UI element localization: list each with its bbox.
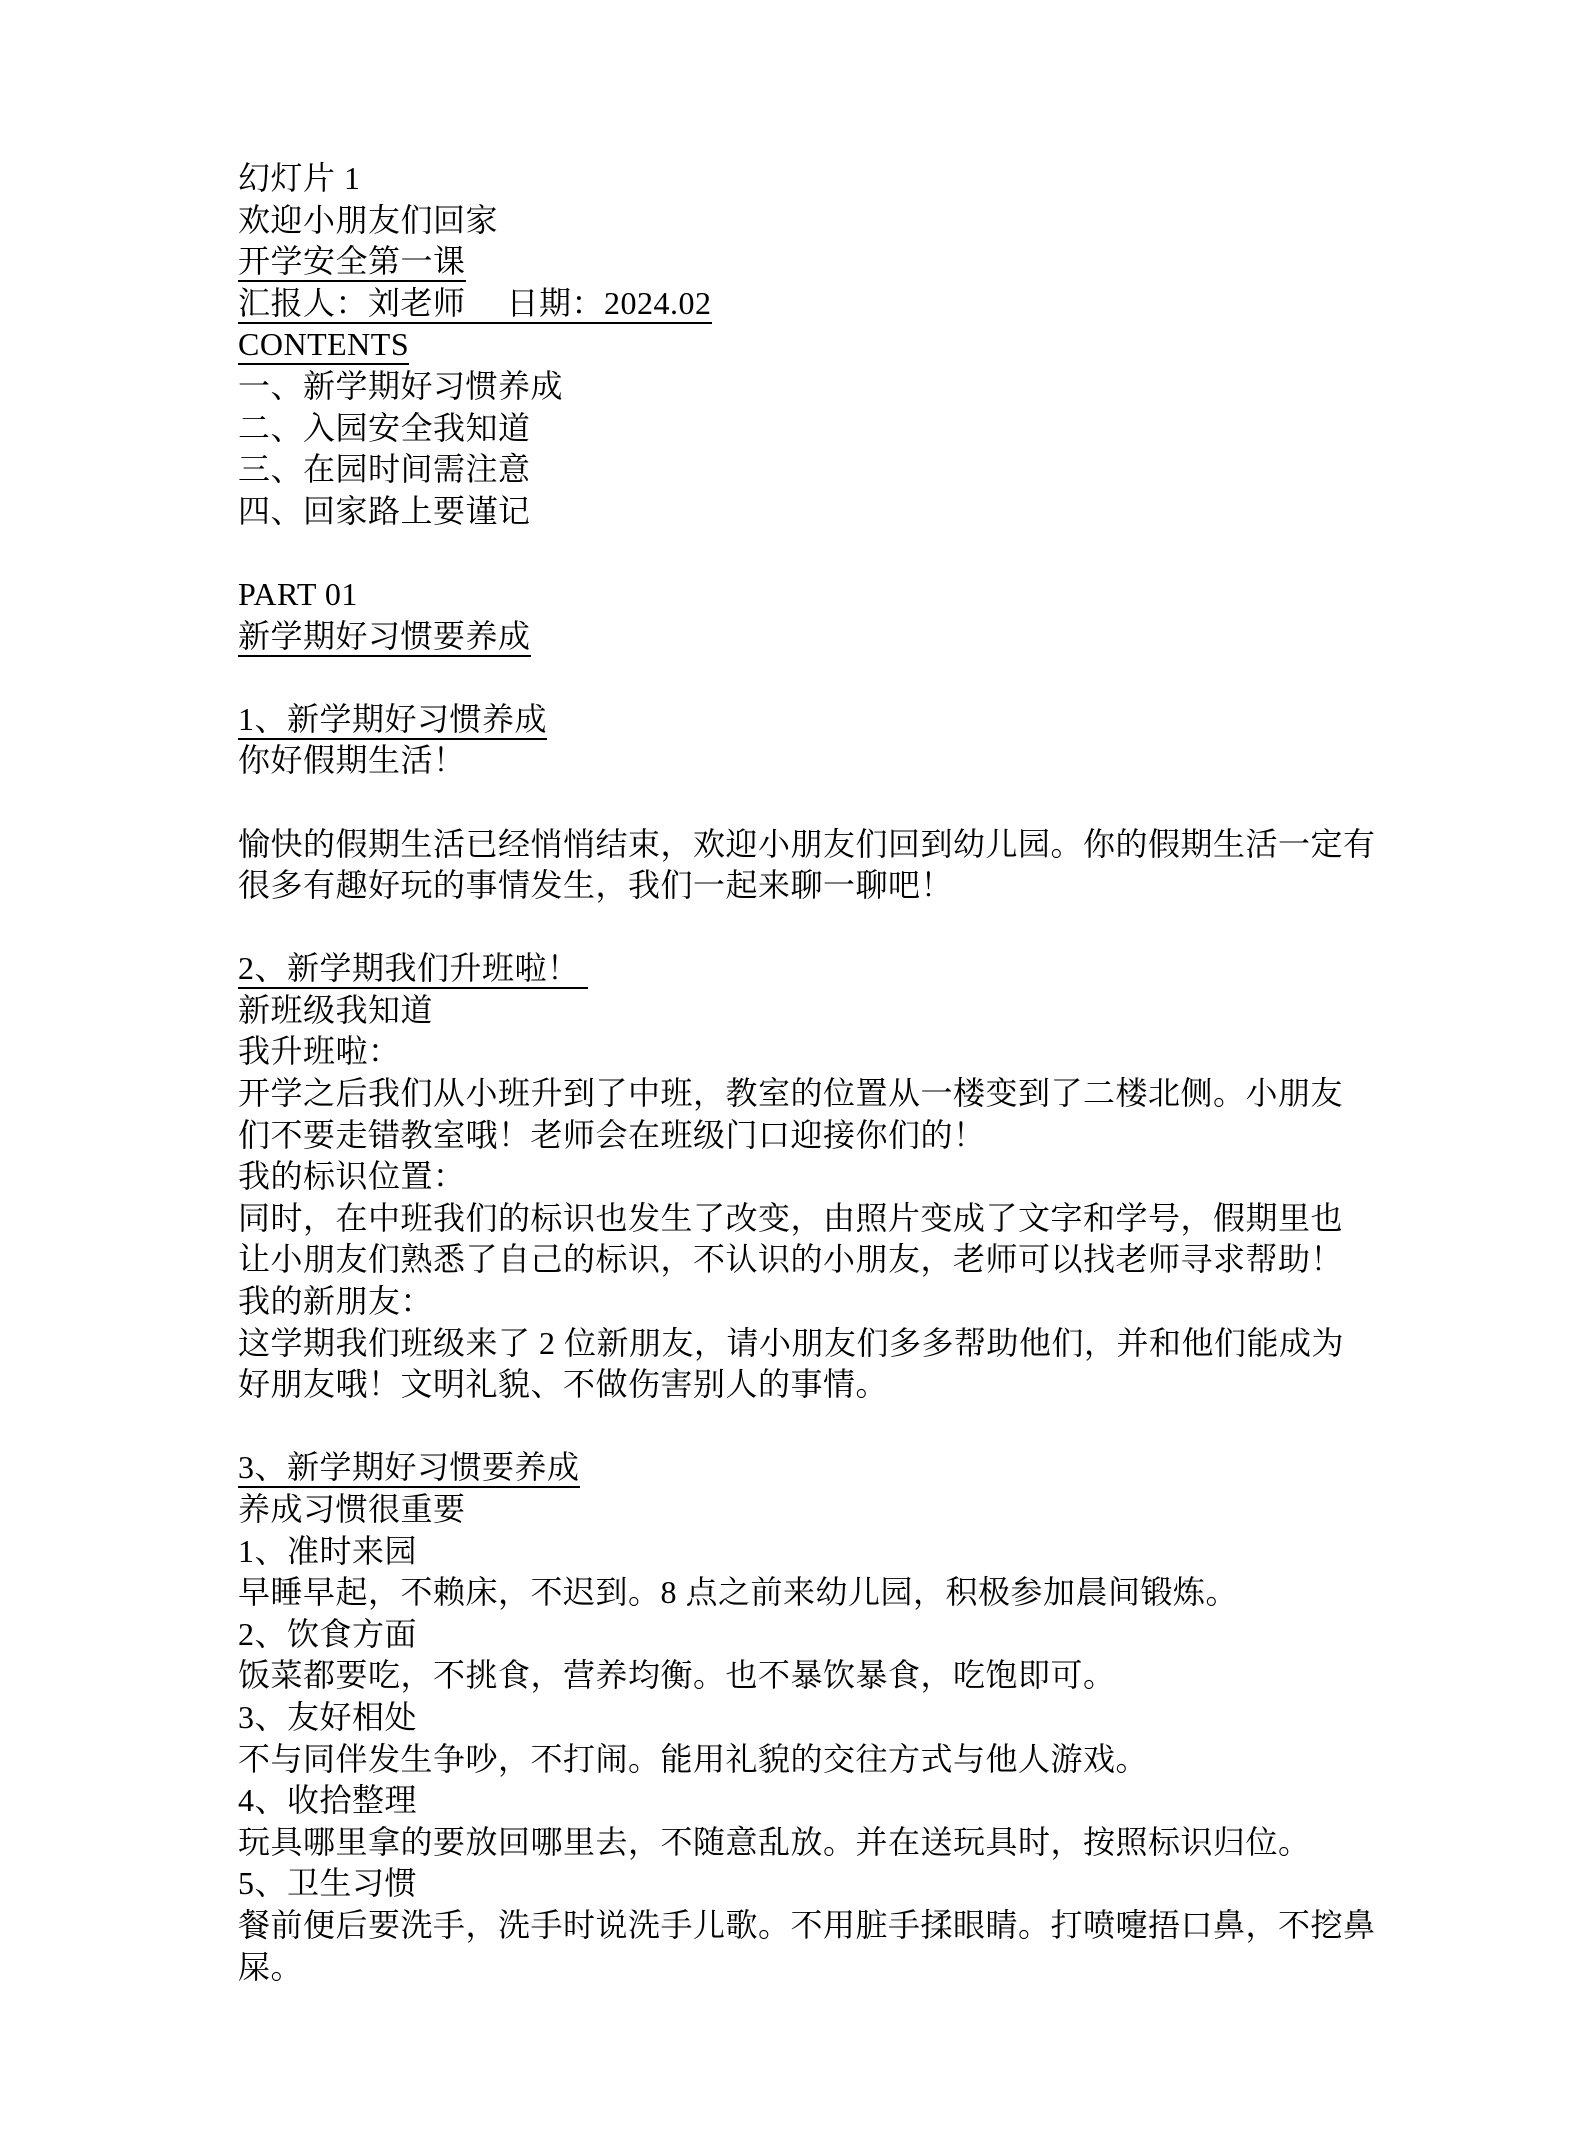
line-text: 幻灯片 1	[238, 160, 361, 196]
text-line: PART 01	[238, 574, 1438, 616]
line-text: 欢迎小朋友们回家	[238, 202, 498, 238]
line-text: 我升班啦：	[238, 1033, 401, 1069]
line-text: 5、卫生习惯	[238, 1865, 417, 1901]
line-text: 餐前便后要洗手，洗手时说洗手儿歌。不用脏手揉眼睛。打喷嚏捂口鼻，不挖鼻	[238, 1907, 1376, 1943]
text-line: 很多有趣好玩的事情发生，我们一起来聊一聊吧！	[238, 865, 1438, 907]
text-line: 同时，在中班我们的标识也发生了改变，由照片变成了文字和学号，假期里也	[238, 1198, 1438, 1240]
underlined-text: 1、新学期好习惯养成	[238, 701, 547, 740]
line-text: 这学期我们班级来了 2 位新朋友，请小朋友们多多帮助他们，并和他们能成为	[238, 1325, 1344, 1361]
blank-line	[238, 657, 1438, 699]
line-text: 3、友好相处	[238, 1699, 417, 1735]
text-line: 玩具哪里拿的要放回哪里去，不随意乱放。并在送玩具时，按照标识归位。	[238, 1822, 1438, 1864]
text-line: 早睡早起，不赖床，不迟到。8 点之前来幼儿园，积极参加晨间锻炼。	[238, 1572, 1438, 1614]
line-text: 你好假期生活！	[238, 742, 466, 778]
text-line: 3、友好相处	[238, 1697, 1438, 1739]
text-line: 新班级我知道	[238, 990, 1438, 1032]
text-line: 餐前便后要洗手，洗手时说洗手儿歌。不用脏手揉眼睛。打喷嚏捂口鼻，不挖鼻	[238, 1905, 1438, 1947]
blank-line	[238, 532, 1438, 574]
line-text: 们不要走错教室哦！老师会在班级门口迎接你们的！	[238, 1117, 986, 1153]
line-text: 愉快的假期生活已经悄悄结束，欢迎小朋友们回到幼儿园。你的假期生活一定有	[238, 826, 1376, 862]
text-line: CONTENTS	[238, 324, 1438, 366]
line-text: 同时，在中班我们的标识也发生了改变，由照片变成了文字和学号，假期里也	[238, 1200, 1343, 1236]
line-text: 养成习惯很重要	[238, 1491, 466, 1527]
text-line: 开学安全第一课	[238, 241, 1438, 283]
blank-line	[238, 782, 1438, 824]
text-line: 新学期好习惯要养成	[238, 616, 1438, 658]
underlined-text: 开学安全第一课	[238, 243, 466, 282]
underlined-text: CONTENTS	[238, 326, 409, 365]
text-line: 愉快的假期生活已经悄悄结束，欢迎小朋友们回到幼儿园。你的假期生活一定有	[238, 824, 1438, 866]
line-text: 4、收拾整理	[238, 1782, 417, 1818]
document-text-block: 幻灯片 1欢迎小朋友们回家开学安全第一课汇报人：刘老师 日期：2024.02CO…	[238, 158, 1438, 1988]
text-line: 们不要走错教室哦！老师会在班级门口迎接你们的！	[238, 1115, 1438, 1157]
line-text: 玩具哪里拿的要放回哪里去，不随意乱放。并在送玩具时，按照标识归位。	[238, 1824, 1311, 1860]
text-line: 三、在园时间需注意	[238, 449, 1438, 491]
text-line: 好朋友哦！文明礼貌、不做伤害别人的事情。	[238, 1364, 1438, 1406]
blank-line	[238, 907, 1438, 949]
text-line: 2、饮食方面	[238, 1614, 1438, 1656]
text-line: 2、新学期我们升班啦！	[238, 948, 1438, 990]
line-text: PART 01	[238, 576, 358, 612]
text-line: 我的新朋友：	[238, 1281, 1438, 1323]
text-line: 你好假期生活！	[238, 740, 1438, 782]
underlined-text: 2、新学期我们升班啦！	[238, 950, 588, 989]
text-line: 1、准时来园	[238, 1531, 1438, 1573]
text-line: 养成习惯很重要	[238, 1489, 1438, 1531]
underlined-text: 3、新学期好习惯要养成	[238, 1449, 580, 1488]
line-text: 屎。	[238, 1949, 303, 1985]
text-line: 我升班啦：	[238, 1031, 1438, 1073]
text-line: 开学之后我们从小班升到了中班，教室的位置从一楼变到了二楼北侧。小朋友	[238, 1073, 1438, 1115]
text-line: 4、收拾整理	[238, 1780, 1438, 1822]
line-text: 四、回家路上要谨记	[238, 493, 531, 529]
text-line: 1、新学期好习惯养成	[238, 699, 1438, 741]
text-line: 幻灯片 1	[238, 158, 1438, 200]
line-text: 不与同伴发生争吵，不打闹。能用礼貌的交往方式与他人游戏。	[238, 1741, 1148, 1777]
line-text: 早睡早起，不赖床，不迟到。8 点之前来幼儿园，积极参加晨间锻炼。	[238, 1574, 1238, 1610]
text-line: 5、卫生习惯	[238, 1863, 1438, 1905]
text-line: 这学期我们班级来了 2 位新朋友，请小朋友们多多帮助他们，并和他们能成为	[238, 1323, 1438, 1365]
line-text: 新班级我知道	[238, 992, 433, 1028]
text-line: 一、新学期好习惯养成	[238, 366, 1438, 408]
text-line: 欢迎小朋友们回家	[238, 200, 1438, 242]
text-line: 我的标识位置：	[238, 1156, 1438, 1198]
line-text: 很多有趣好玩的事情发生，我们一起来聊一聊吧！	[238, 867, 953, 903]
text-line: 屎。	[238, 1947, 1438, 1989]
line-text: 让小朋友们熟悉了自己的标识，不认识的小朋友，老师可以找老师寻求帮助！	[238, 1241, 1343, 1277]
line-text: 2、饮食方面	[238, 1616, 417, 1652]
text-line: 二、入园安全我知道	[238, 408, 1438, 450]
text-line: 四、回家路上要谨记	[238, 491, 1438, 533]
line-text: 饭菜都要吃，不挑食，营养均衡。也不暴饮暴食，吃饱即可。	[238, 1657, 1116, 1693]
line-text: 二、入园安全我知道	[238, 410, 531, 446]
line-text: 好朋友哦！文明礼貌、不做伤害别人的事情。	[238, 1366, 888, 1402]
text-line: 不与同伴发生争吵，不打闹。能用礼貌的交往方式与他人游戏。	[238, 1739, 1438, 1781]
text-line: 让小朋友们熟悉了自己的标识，不认识的小朋友，老师可以找老师寻求帮助！	[238, 1239, 1438, 1281]
line-text: 三、在园时间需注意	[238, 451, 531, 487]
line-text: 我的新朋友：	[238, 1283, 433, 1319]
underlined-text: 新学期好习惯要养成	[238, 618, 531, 657]
line-text: 开学之后我们从小班升到了中班，教室的位置从一楼变到了二楼北侧。小朋友	[238, 1075, 1343, 1111]
document-page: 幻灯片 1欢迎小朋友们回家开学安全第一课汇报人：刘老师 日期：2024.02CO…	[0, 0, 1587, 2138]
text-line: 汇报人：刘老师 日期：2024.02	[238, 283, 1438, 325]
line-text: 一、新学期好习惯养成	[238, 368, 563, 404]
line-text: 我的标识位置：	[238, 1158, 466, 1194]
text-line: 3、新学期好习惯要养成	[238, 1447, 1438, 1489]
underlined-text: 汇报人：刘老师 日期：2024.02	[238, 285, 712, 324]
line-text: 1、准时来园	[238, 1533, 417, 1569]
text-line: 饭菜都要吃，不挑食，营养均衡。也不暴饮暴食，吃饱即可。	[238, 1655, 1438, 1697]
blank-line	[238, 1406, 1438, 1448]
